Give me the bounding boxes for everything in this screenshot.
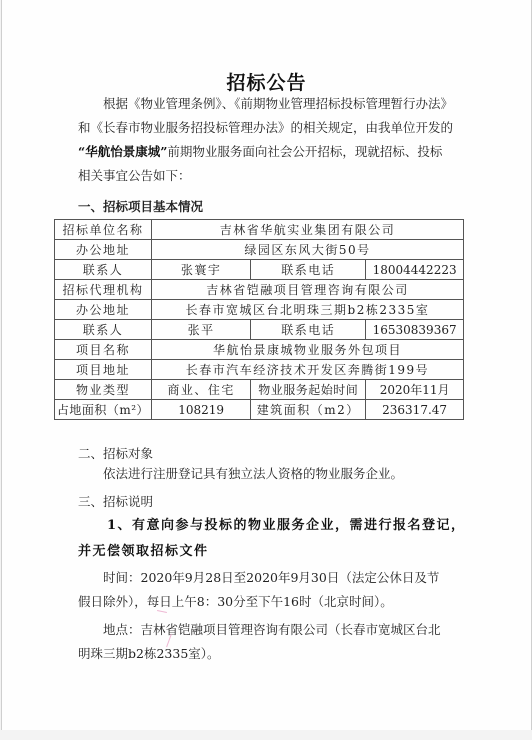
section-3-item-1-line-1: 1、有意向参与投标的物业服务企业，需进行报名登记，: [107, 514, 466, 533]
place-paragraph: 地点：吉林省铠融项目管理咨询有限公司（长春市宽城区台北 明珠三期b2栋2335室…: [78, 618, 432, 666]
table-value: 18004442223: [366, 260, 464, 280]
table-value: 华航怡景康城物业服务外包项目: [151, 340, 463, 360]
time-line-1: 时间：2020年9月28日至2020年9月30日（法定公休日及节: [78, 566, 432, 590]
table-label: 项目地址: [55, 360, 152, 380]
table-value: 张寰宇: [151, 260, 250, 280]
intro-line-2: 和《长春市物业服务招投标管理办法》的相关规定，由我单位开发的: [78, 116, 432, 140]
section-2-heading: 二、招标对象: [78, 444, 153, 462]
table-value: 吉林省华航实业集团有限公司: [151, 220, 463, 240]
place-line-2: 明珠三期b2栋2335室）。: [78, 642, 432, 666]
table-label: 联系电话: [251, 260, 366, 280]
table-value: 108219: [151, 400, 250, 420]
table-row: 招标代理机构 吉林省铠融项目管理咨询有限公司: [55, 280, 464, 300]
table-row: 联系人 张寰宇 联系电话 18004442223: [55, 260, 464, 280]
table-value: 张平: [151, 320, 250, 340]
section-2-line: 依法进行注册登记具有独立法人资格的物业服务企业。: [78, 462, 432, 486]
time-line-2: 假日除外），每日上午8：30分至下午16时（北京时间）。: [78, 590, 432, 614]
table-value: 商业、住宅: [151, 380, 250, 400]
project-info-table: 招标单位名称 吉林省华航实业集团有限公司 办公地址 绿园区东风大街50号 联系人…: [54, 219, 464, 420]
table-label: 办公地址: [55, 240, 152, 260]
table-row: 项目名称 华航怡景康城物业服务外包项目: [55, 340, 464, 360]
table-row: 联系人 张平 联系电话 16530839367: [55, 320, 464, 340]
intro-line-1: 根据《物业管理条例》、《前期物业管理招标投标管理暂行办法》: [78, 92, 432, 116]
table-row: 项目地址 长春市汽车经济技术开发区奔腾街199号: [55, 360, 464, 380]
table-value: 2020年11月: [366, 380, 464, 400]
document-page: 招标公告 根据《物业管理条例》、《前期物业管理招标投标管理暂行办法》 和《长春市…: [1, 0, 532, 730]
table-label: 招标代理机构: [55, 280, 152, 300]
intro-line-3: “华航怡景康城”前期物业服务面向社会公开招标，现就招标、投标: [78, 140, 432, 164]
page-title: 招标公告: [2, 68, 531, 95]
table-label: 建筑面积（m2）: [251, 400, 366, 420]
table-label: 招标单位名称: [55, 220, 152, 240]
time-paragraph: 时间：2020年9月28日至2020年9月30日（法定公休日及节 假日除外），每…: [78, 566, 432, 614]
table-label: 物业类型: [55, 380, 152, 400]
table-row: 物业类型 商业、住宅 物业服务起始时间 2020年11月: [55, 380, 464, 400]
table-label: 占地面积（m²）: [55, 400, 152, 420]
section-2-text: 依法进行注册登记具有独立法人资格的物业服务企业。: [78, 462, 432, 486]
table-label: 物业服务起始时间: [251, 380, 366, 400]
table-label: 项目名称: [55, 340, 152, 360]
table-value: 吉林省铠融项目管理咨询有限公司: [151, 280, 463, 300]
intro-line-4: 相关事宜公告如下：: [78, 164, 432, 188]
intro-paragraph: 根据《物业管理条例》、《前期物业管理招标投标管理暂行办法》 和《长春市物业服务招…: [78, 92, 432, 188]
table-value: 236317.47: [366, 400, 464, 420]
table-row: 办公地址 长春市宽城区台北明珠三期b2栋2335室: [55, 300, 464, 320]
section-3-item-1-line-2: 并无偿领取招标文件: [78, 540, 209, 559]
section-3-heading: 三、招标说明: [78, 492, 153, 510]
table-value: 长春市宽城区台北明珠三期b2栋2335室: [151, 300, 463, 320]
table-value: 绿园区东风大街50号: [151, 240, 463, 260]
table-value: 长春市汽车经济技术开发区奔腾街199号: [151, 360, 463, 380]
place-line-1: 地点：吉林省铠融项目管理咨询有限公司（长春市宽城区台北: [78, 618, 432, 642]
table-row: 招标单位名称 吉林省华航实业集团有限公司: [55, 220, 464, 240]
table-label: 联系人: [55, 260, 152, 280]
intro-line-3-rest: 前期物业服务面向社会公开招标，现就招标、投标: [167, 144, 442, 159]
table-value: 16530839367: [366, 320, 464, 340]
section-1-heading: 一、招标项目基本情况: [78, 197, 203, 215]
table-label: 联系电话: [251, 320, 366, 340]
table-label: 办公地址: [55, 300, 152, 320]
table-row: 占地面积（m²） 108219 建筑面积（m2） 236317.47: [55, 400, 464, 420]
table-row: 办公地址 绿园区东风大街50号: [55, 240, 464, 260]
table-label: 联系人: [55, 320, 152, 340]
project-name-quote: “华航怡景康城”: [78, 144, 167, 159]
